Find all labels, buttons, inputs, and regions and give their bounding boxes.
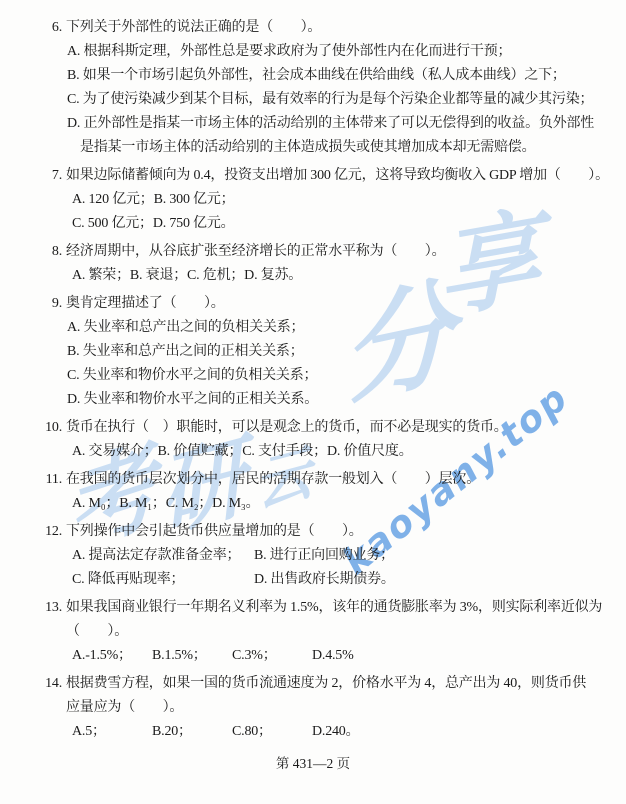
question-block: 13.如果我国商业银行一年期名义利率为 1.5%，该年的通货膨胀率为 3%，则实… (66, 596, 612, 668)
option-row: C. 失业率和物价水平之间的负相关关系； (66, 364, 612, 388)
page-footer: 第 431—2 页 (0, 752, 626, 772)
option-row: A.-1.5%；B.1.5%；C.3%；D.4.5% (66, 644, 612, 668)
option: B.1.5%； (152, 644, 232, 668)
option-row: A. 提高法定存款准备金率；B. 进行正向回购业务； (66, 544, 612, 568)
question-block: 10.货币在执行（ ）职能时，可以是观念上的货币，而不必是现实的货币。A. 交易… (66, 416, 612, 464)
option: A. 提高法定存款准备金率； (72, 544, 254, 568)
option-list: A. 失业率和总产出之间的负相关关系；B. 失业率和总产出之间的正相关关系；C.… (66, 316, 612, 412)
option: B. 如果一个市场引起负外部性，社会成本曲线在供给曲线（私人成本曲线）之下； (80, 64, 566, 88)
option: A. 失业率和总产出之间的负相关关系； (80, 316, 304, 340)
question-number: 10. (38, 416, 62, 440)
option-row: A. 失业率和总产出之间的负相关关系； (66, 316, 612, 340)
question-stem: 根据费雪方程，如果一国的货币流通速度为 2，价格水平为 4，总产出为 40，则货… (66, 672, 612, 720)
option-list: A. 根据科斯定理，外部性总是要求政府为了使外部性内在化而进行干预；B. 如果一… (66, 40, 612, 160)
option: B. 失业率和总产出之间的正相关关系； (80, 340, 304, 364)
question-block: 7.如果边际储蓄倾向为 0.4，投资支出增加 300 亿元，这将导致均衡收入 G… (66, 164, 612, 236)
option: A. 交易媒介；B. 价值贮藏；C. 支付手段；D. 价值尺度。 (72, 440, 413, 464)
option: A. 繁荣；B. 衰退；C. 危机；D. 复苏。 (72, 264, 302, 288)
option-list: A. M₀；B. M₁；C. M₂；D. M₃。 (66, 492, 612, 516)
question-number: 13. (38, 596, 62, 620)
question-number: 9. (38, 292, 62, 316)
page-number: 第 431—2 页 (276, 756, 350, 771)
question-stem: 下列操作中会引起货币供应量增加的是（ ）。 (66, 520, 612, 544)
option: C.3%； (232, 644, 312, 668)
question-block: 11.在我国的货币层次划分中，居民的活期存款一般划入（ ）层次。A. M₀；B.… (66, 468, 612, 516)
option-list: A. 繁荣；B. 衰退；C. 危机；D. 复苏。 (66, 264, 612, 288)
option: D. 正外部性是指某一市场主体的活动给别的主体带来了可以无偿得到的收益。负外部性… (80, 112, 594, 160)
option: A. 120 亿元；B. 300 亿元； (72, 188, 234, 212)
question-list: 6.下列关于外部性的说法正确的是（ ）。A. 根据科斯定理，外部性总是要求政府为… (0, 0, 626, 744)
exam-page: 考研云分享kaoyany.top 6.下列关于外部性的说法正确的是（ ）。A. … (0, 0, 626, 804)
option: D.4.5% (312, 644, 392, 668)
option-row: A. 交易媒介；B. 价值贮藏；C. 支付手段；D. 价值尺度。 (66, 440, 612, 464)
question-number: 6. (38, 16, 62, 40)
question-number: 11. (38, 468, 62, 492)
question-stem: 奥肯定理描述了（ ）。 (66, 292, 612, 316)
option-row: D. 正外部性是指某一市场主体的活动给别的主体带来了可以无偿得到的收益。负外部性… (66, 112, 612, 160)
question-number: 7. (38, 164, 62, 188)
question-block: 6.下列关于外部性的说法正确的是（ ）。A. 根据科斯定理，外部性总是要求政府为… (66, 16, 612, 160)
option-row: A. 繁荣；B. 衰退；C. 危机；D. 复苏。 (66, 264, 612, 288)
option-row: C. 为了使污染减少到某个目标，最有效率的行为是每个污染企业都等量的减少其污染； (66, 88, 612, 112)
question-stem: 在我国的货币层次划分中，居民的活期存款一般划入（ ）层次。 (66, 468, 612, 492)
option-row: C. 降低再贴现率；D. 出售政府长期债券。 (66, 568, 612, 592)
option: C. 失业率和物价水平之间的负相关关系； (80, 364, 317, 388)
option: C.80； (232, 720, 312, 744)
option: C. 500 亿元；D. 750 亿元。 (72, 212, 234, 236)
question-stem: 下列关于外部性的说法正确的是（ ）。 (66, 16, 612, 40)
question-number: 14. (38, 672, 62, 696)
option-row: B. 如果一个市场引起负外部性，社会成本曲线在供给曲线（私人成本曲线）之下； (66, 64, 612, 88)
option: A. 根据科斯定理，外部性总是要求政府为了使外部性内在化而进行干预； (80, 40, 511, 64)
option: C. 为了使污染减少到某个目标，最有效率的行为是每个污染企业都等量的减少其污染； (80, 88, 593, 112)
option: A. M₀；B. M₁；C. M₂；D. M₃。 (72, 492, 259, 516)
option-row: A. M₀；B. M₁；C. M₂；D. M₃。 (66, 492, 612, 516)
option: D. 出售政府长期债券。 (254, 568, 436, 592)
option-row: C. 500 亿元；D. 750 亿元。 (66, 212, 612, 236)
question-number: 12. (38, 520, 62, 544)
option: A.-1.5%； (72, 644, 152, 668)
option-row: A. 120 亿元；B. 300 亿元； (66, 188, 612, 212)
option-list: A. 交易媒介；B. 价值贮藏；C. 支付手段；D. 价值尺度。 (66, 440, 612, 464)
question-block: 9.奥肯定理描述了（ ）。A. 失业率和总产出之间的负相关关系；B. 失业率和总… (66, 292, 612, 412)
option: B.20； (152, 720, 232, 744)
option-row: B. 失业率和总产出之间的正相关关系； (66, 340, 612, 364)
option: C. 降低再贴现率； (72, 568, 254, 592)
question-block: 12.下列操作中会引起货币供应量增加的是（ ）。A. 提高法定存款准备金率；B.… (66, 520, 612, 592)
option-list: A. 120 亿元；B. 300 亿元；C. 500 亿元；D. 750 亿元。 (66, 188, 612, 236)
question-block: 14.根据费雪方程，如果一国的货币流通速度为 2，价格水平为 4，总产出为 40… (66, 672, 612, 744)
option-row: A.5；B.20；C.80；D.240。 (66, 720, 612, 744)
option-list: A.-1.5%；B.1.5%；C.3%；D.4.5% (66, 644, 612, 668)
option-list: A.5；B.20；C.80；D.240。 (66, 720, 612, 744)
question-number: 8. (38, 240, 62, 264)
option-row: A. 根据科斯定理，外部性总是要求政府为了使外部性内在化而进行干预； (66, 40, 612, 64)
option: D. 失业率和物价水平之间的正相关关系。 (80, 388, 318, 412)
option-list: A. 提高法定存款准备金率；B. 进行正向回购业务；C. 降低再贴现率；D. 出… (66, 544, 612, 592)
option-row: D. 失业率和物价水平之间的正相关关系。 (66, 388, 612, 412)
option: A.5； (72, 720, 152, 744)
option: D.240。 (312, 720, 392, 744)
question-block: 8.经济周期中，从谷底扩张至经济增长的正常水平称为（ ）。A. 繁荣；B. 衰退… (66, 240, 612, 288)
question-stem: 经济周期中，从谷底扩张至经济增长的正常水平称为（ ）。 (66, 240, 612, 264)
question-stem: 如果我国商业银行一年期名义利率为 1.5%，该年的通货膨胀率为 3%，则实际利率… (66, 596, 612, 644)
option: B. 进行正向回购业务； (254, 544, 436, 568)
question-stem: 如果边际储蓄倾向为 0.4，投资支出增加 300 亿元，这将导致均衡收入 GDP… (66, 164, 612, 188)
question-stem: 货币在执行（ ）职能时，可以是观念上的货币，而不必是现实的货币。 (66, 416, 612, 440)
